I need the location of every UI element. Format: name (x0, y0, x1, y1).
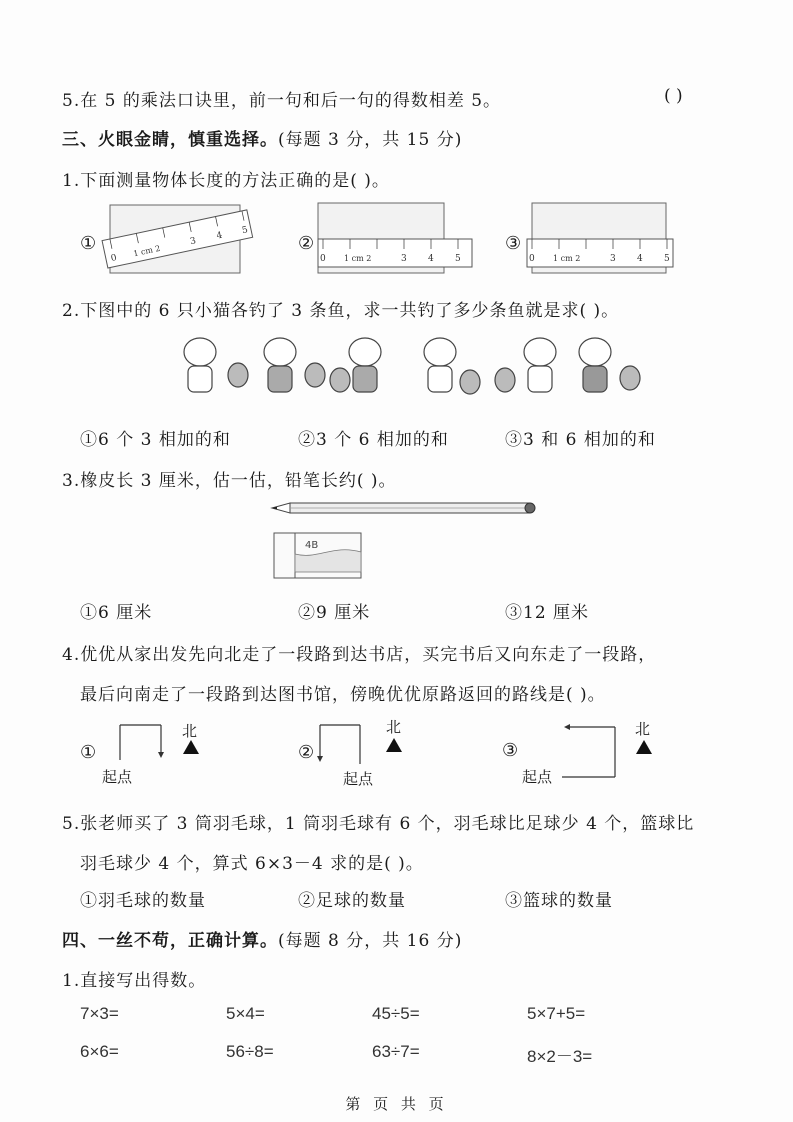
calc-item: 7×3= (80, 1004, 119, 1024)
cat-icon (330, 338, 381, 392)
option-label-3: ③ (502, 740, 518, 761)
calc-item: 56÷8= (226, 1042, 274, 1062)
start-label: 起点 (343, 768, 373, 789)
route-2-icon (315, 722, 375, 767)
question-1: 1.下面测量物体长度的方法正确的是( )。 (62, 166, 390, 191)
question-5-line-2: 羽毛球少 4 个，算式 6×3－4 求的是( )。 (80, 849, 424, 874)
start-label: 起点 (522, 766, 552, 787)
answer-blank[interactable]: ( ) (664, 86, 683, 106)
score-note: (每题 8 分，共 16 分) (278, 931, 462, 951)
svg-text:3: 3 (610, 254, 616, 264)
calc-item: 45÷5= (372, 1004, 420, 1024)
option-2[interactable]: ②足球的数量 (298, 886, 406, 911)
svg-text:3: 3 (401, 254, 407, 264)
svg-text:0: 0 (320, 254, 326, 264)
north-arrow-icon (183, 740, 199, 754)
north-arrow-icon (386, 738, 402, 752)
svg-text:1 cm 2: 1 cm 2 (553, 254, 580, 263)
section-3-heading: 三、火眼金睛，慎重选择。(每题 3 分，共 15 分) (62, 125, 462, 150)
pencil-icon (272, 500, 537, 516)
option-label-2: ② (298, 742, 314, 763)
route-1-icon (115, 722, 175, 762)
calc-item: 5×7+5= (527, 1004, 585, 1024)
question-4-line-1: 4.优优从家出发先向北走了一段路到达书店，买完书后又向东走了一段路， (62, 640, 656, 665)
calc-question-1: 1.直接写出得数。 (62, 966, 206, 991)
svg-text:4: 4 (637, 254, 643, 264)
svg-text:5: 5 (664, 254, 670, 264)
cat-icon (424, 338, 480, 394)
svg-text:1 cm 2: 1 cm 2 (344, 254, 371, 263)
section-4-heading: 四、一丝不苟，正确计算。(每题 8 分，共 16 分) (62, 926, 462, 951)
option-2[interactable]: ②9 厘米 (298, 598, 370, 623)
north-label: 北 (386, 716, 401, 737)
option-3[interactable]: ③12 厘米 (505, 598, 589, 623)
calc-item: 5×4= (226, 1004, 265, 1024)
option-1[interactable]: ①6 厘米 (80, 598, 152, 623)
question-2: 2.下图中的 6 只小猫各钓了 3 条鱼，求一共钓了多少条鱼就是求( )。 (62, 296, 619, 321)
option-2[interactable]: ②3 个 6 相加的和 (298, 425, 449, 450)
cats-fishing-illustration (160, 330, 650, 410)
option-label-3: ③ (505, 233, 521, 254)
cat-icon (184, 338, 248, 392)
section-title: 三、火眼金睛，慎重选择。 (62, 130, 278, 150)
option-label-1: ① (80, 233, 96, 254)
judge-question-5: 5.在 5 的乘法口诀里，前一句和后一句的得数相差 5。 (62, 86, 501, 111)
north-label: 北 (635, 718, 650, 739)
eraser-label: 4B (305, 540, 318, 551)
section-title: 四、一丝不苟，正确计算。 (62, 931, 278, 951)
eraser-icon: 4B (273, 532, 363, 582)
calc-item: 8×2－3= (527, 1042, 592, 1067)
ruler-start-not-zero-icon: 0 1 cm 2 3 4 5 (318, 203, 478, 278)
option-3[interactable]: ③3 和 6 相加的和 (505, 425, 656, 450)
question-5-line-1: 5.张老师买了 3 筒羽毛球，1 筒羽毛球有 6 个，羽毛球比足球少 4 个，篮… (62, 809, 694, 834)
option-3[interactable]: ③篮球的数量 (505, 886, 613, 911)
option-label-1: ① (80, 742, 96, 763)
option-label-2: ② (298, 233, 314, 254)
start-label: 起点 (102, 766, 132, 787)
page-footer: 第 页 共 页 (0, 1093, 793, 1114)
svg-text:5: 5 (455, 254, 461, 264)
north-arrow-icon (636, 740, 652, 754)
cat-icon (264, 338, 325, 392)
route-3-icon (562, 720, 622, 782)
svg-text:4: 4 (428, 254, 434, 264)
question-4-line-2: 最后向南走了一段路到达图书馆，傍晚优优原路返回的路线是( )。 (80, 680, 606, 705)
question-3: 3.橡皮长 3 厘米，估一估，铅笔长约( )。 (62, 466, 397, 491)
cat-icon (495, 338, 556, 392)
calc-item: 6×6= (80, 1042, 119, 1062)
north-label: 北 (182, 720, 197, 741)
ruler-correct-icon: 0 1 cm 2 3 4 5 (527, 203, 687, 278)
option-1[interactable]: ①6 个 3 相加的和 (80, 425, 231, 450)
svg-text:0: 0 (529, 254, 535, 264)
calc-item: 63÷7= (372, 1042, 420, 1062)
option-1[interactable]: ①羽毛球的数量 (80, 886, 206, 911)
tilted-ruler-icon: 0 1 cm 2 3 4 5 (100, 200, 270, 280)
cat-icon (579, 338, 640, 392)
score-note: (每题 3 分，共 15 分) (278, 130, 462, 150)
